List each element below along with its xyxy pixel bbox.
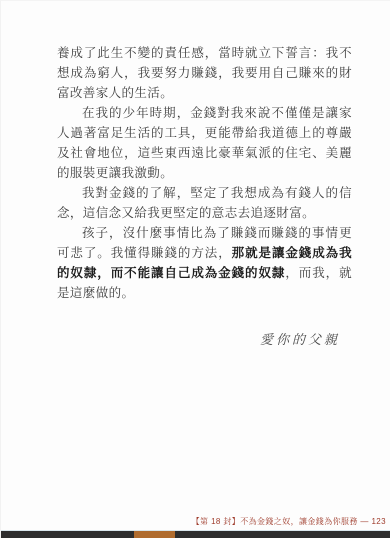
paragraph: 養成了此生不變的責任感，當時就立下誓言：我不想成為窮人，我要努力賺錢，我要用自己…: [57, 43, 352, 103]
book-page: 養成了此生不變的責任感，當時就立下誓言：我不想成為窮人，我要努力賺錢，我要用自己…: [0, 0, 390, 538]
progress-bar[interactable]: [1, 530, 390, 538]
text-segment: 我對金錢的了解，堅定了我想成為有錢人的信念，這信念又給我更堅定的意志去追逐財富。: [57, 186, 352, 220]
progress-accent[interactable]: [134, 531, 175, 538]
paragraph: 我對金錢的了解，堅定了我想成為有錢人的信念，這信念又給我更堅定的意志去追逐財富。: [57, 183, 352, 223]
page-footer: 【第 18 封】不為金錢之奴，讓金錢為你服務 — 123: [192, 516, 386, 527]
body-text: 養成了此生不變的責任感，當時就立下誓言：我不想成為窮人，我要努力賺錢，我要用自己…: [57, 43, 352, 348]
paragraph: 孩子，沒什麼事情比為了賺錢而賺錢的事情更可悲了。我懂得賺錢的方法，那就是讓金錢成…: [57, 223, 352, 303]
text-segment: 在我的少年時期，金錢對我來說不僅僅是讓家人過著富足生活的工具，更能帶給我道德上的…: [57, 106, 352, 180]
paragraph: 在我的少年時期，金錢對我來說不僅僅是讓家人過著富足生活的工具，更能帶給我道德上的…: [57, 103, 352, 183]
signature: 愛你的父親: [57, 329, 352, 348]
text-segment: 養成了此生不變的責任感，當時就立下誓言：我不想成為窮人，我要努力賺錢，我要用自己…: [57, 46, 352, 100]
